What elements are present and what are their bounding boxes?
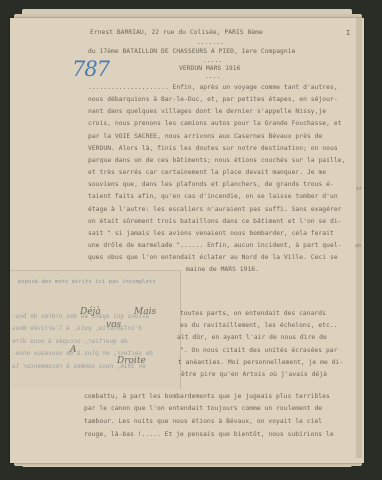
body-line: rouge, là-bas !..... Et je pensais que b…: [84, 431, 334, 439]
body-line: étage à l'autre: les escaliers n'auraien…: [88, 206, 342, 214]
body-line: ..................... Enfin, après un vo…: [88, 84, 338, 92]
mirrored-line: d'infanterie, puis, à l'arrivée Nous: [12, 325, 142, 332]
pencil-note: Mais: [134, 307, 156, 317]
separator: ....: [205, 73, 220, 81]
body-line: nant dans quelques villages dont le dern…: [88, 108, 326, 116]
separator: .......: [197, 39, 224, 47]
body-line: parqua dans un de ces bâtiments; nous ét…: [88, 157, 345, 165]
body-line-partial: ait dûr, en ayant l'air de nous dire de: [177, 334, 327, 342]
body-line: sait " si jamais les avions venaient nou…: [88, 230, 334, 238]
page-number: I: [346, 29, 350, 37]
body-line: tambour. Les nuits que nous étions à Bév…: [84, 418, 322, 426]
pencil-note: vos: [106, 320, 121, 330]
body-line-partial: maine de MARS 1916.: [186, 266, 259, 274]
body-line: par le canon que l'on entendait toujours…: [84, 405, 322, 413]
body-line: combattu, à part les bombardements que j…: [84, 393, 330, 401]
body-line: VERDUN. Alors là, finis les doutes sur n…: [88, 145, 338, 153]
body-line: on était sûrement trois bataillons dans …: [88, 218, 342, 226]
page-edge: [356, 18, 362, 458]
body-line-partial: être pire qu'en Artois où j'avais déjà: [181, 371, 327, 379]
pencil-note: Déjà: [80, 307, 101, 317]
margin-mark: or: [356, 186, 362, 192]
body-line-partial: t anéanties. Moi personnellement, je me …: [178, 359, 343, 367]
body-line-partial: ". On nous citait des unités écrasées pa…: [180, 347, 337, 355]
body-line: ques obus que l'on entendait éclater au …: [88, 254, 338, 262]
mirrored-line: de quartier, occupés à nous dire: [12, 338, 128, 345]
body-line-partial: es du ravitaillement, les échelons, etc.…: [180, 322, 337, 330]
body-line: une drôle de marmelade "...... Enfin, au…: [88, 242, 342, 250]
body-line-partial: toutes parts, on entendait des canards: [180, 310, 326, 318]
author-line: Ernest BARRIAU, 22 rue du Colisée, PARIS…: [90, 29, 263, 37]
slip-header-line: exposé des mots écrits ici pas incomplet…: [18, 278, 156, 286]
body-line: taient faits afin, qu'en cas d'incendie,…: [88, 193, 338, 201]
body-line: crois, nous prenons les camions autos po…: [88, 120, 342, 128]
document-title: VERDUN MARS 1916: [179, 65, 240, 73]
margin-mark: ab: [355, 243, 361, 249]
body-line: par la VOIE SACREE, nous arrivons aux Ca…: [88, 133, 322, 141]
handwritten-archive-number: 787: [72, 57, 109, 81]
body-line: nous débarquions à Bar-le-Duc, et, par p…: [88, 96, 338, 104]
separator: .....: [203, 57, 222, 65]
pencil-note: Droite: [117, 356, 146, 366]
body-line: et très serrés car certainement la place…: [88, 169, 326, 177]
pencil-note: A: [70, 345, 77, 355]
unit-line: du 17ème BATAILLON DE CHASSEURS A PIED, …: [88, 48, 295, 56]
body-line: souviens que, dans les plafonds et planc…: [88, 181, 334, 189]
